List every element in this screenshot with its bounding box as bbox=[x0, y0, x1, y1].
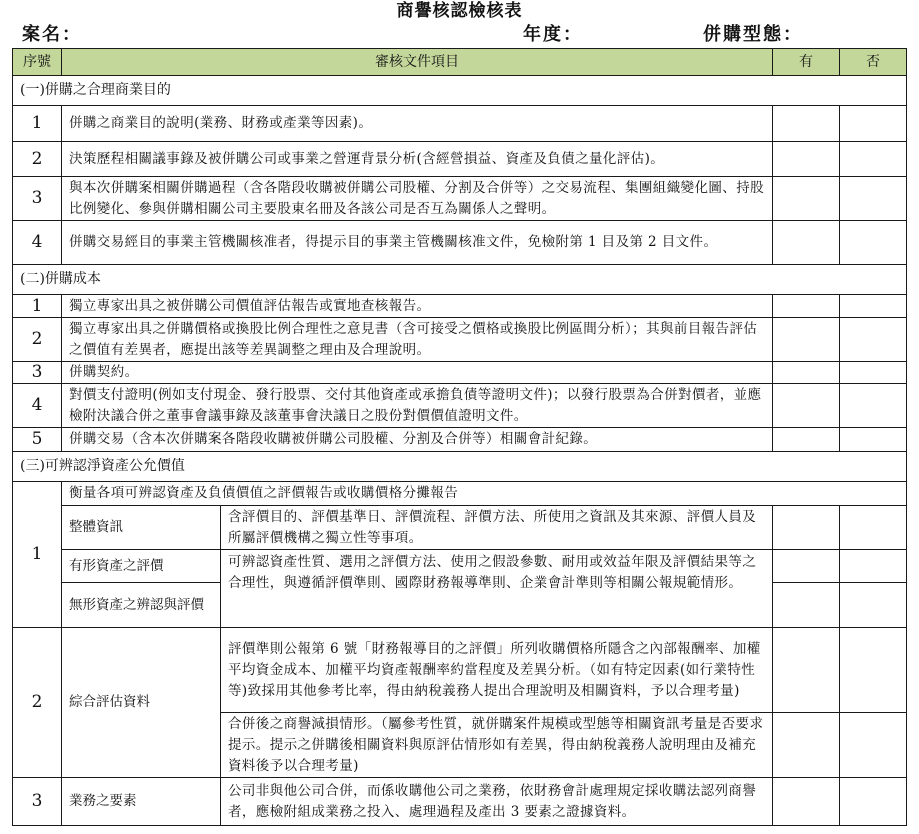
no-checkbox-cell[interactable] bbox=[840, 550, 907, 583]
case-name-label: 案名： bbox=[22, 23, 82, 47]
yes-checkbox-cell[interactable] bbox=[773, 428, 840, 452]
no-checkbox-cell[interactable] bbox=[840, 506, 907, 550]
row-number: 3 bbox=[13, 177, 62, 221]
table-row: 4 併購交易經目的事業主管機關核准者，得提示目的事業主管機關核准文件，免檢附第 … bbox=[13, 221, 907, 265]
sub-label-comprehensive: 綜合評估資料 bbox=[62, 628, 221, 778]
no-checkbox-cell[interactable] bbox=[840, 384, 907, 428]
no-checkbox-cell[interactable] bbox=[840, 583, 907, 628]
row-text: 評價準則公報第 6 號「財務報導目的之評價」所列收購價格所隱含之內部報酬率、加權… bbox=[221, 628, 773, 713]
sub-label-business-elements: 業務之要素 bbox=[62, 778, 221, 826]
yes-checkbox-cell[interactable] bbox=[773, 142, 840, 177]
yes-checkbox-cell[interactable] bbox=[773, 177, 840, 221]
checklist-table: 序號 審核文件項目 有 否 (一)併購之合理商業目的 1 併購之商業目的說明(業… bbox=[12, 48, 907, 826]
yes-checkbox-cell[interactable] bbox=[773, 221, 840, 265]
yes-checkbox-cell[interactable] bbox=[773, 550, 840, 583]
row-number: 3 bbox=[13, 778, 62, 826]
section-heading: (二)併購成本 bbox=[13, 265, 907, 295]
no-checkbox-cell[interactable] bbox=[840, 628, 907, 713]
yes-checkbox-cell[interactable] bbox=[773, 106, 840, 142]
row-text: 併購交易經目的事業主管機關核准者，得提示目的事業主管機關核准文件，免檢附第 1 … bbox=[62, 221, 773, 265]
no-checkbox-cell[interactable] bbox=[840, 428, 907, 452]
row-number: 3 bbox=[13, 362, 62, 384]
merger-type-label: 併購型態： bbox=[703, 23, 803, 47]
no-checkbox-cell[interactable] bbox=[840, 177, 907, 221]
table-row: 1 獨立專家出具之被併購公司價值評估報告或實地查核報告。 bbox=[13, 295, 907, 318]
no-checkbox-cell[interactable] bbox=[840, 221, 907, 265]
yes-checkbox-cell[interactable] bbox=[773, 713, 840, 778]
row-text: 併購契約。 bbox=[62, 362, 773, 384]
table-row: 有形資產之評價 可辨認資產性質、選用之評價方法、使用之假設參數、耐用或效益年限及… bbox=[13, 550, 907, 583]
row-number: 2 bbox=[13, 628, 62, 778]
header-seq: 序號 bbox=[13, 49, 62, 76]
item-intro: 衡量各項可辨認資產及負債價值之評價報告或收購價格分攤報告 bbox=[62, 482, 907, 506]
table-row: 5 併購交易（含本次併購案各階段收購被併購公司股權、分割及合併等）相關會計紀錄。 bbox=[13, 428, 907, 452]
row-text: 公司非與他公司合併，而係收購他公司之業務，依財務會計處理規定採收購法認列商譽者，… bbox=[221, 778, 773, 826]
section-heading-row: (三)可辨認淨資產公允價值 bbox=[13, 452, 907, 482]
sub-label-intangible: 無形資產之辨認與評價 bbox=[62, 583, 221, 628]
row-text: 併購之商業目的說明(業務、財務或產業等因素)。 bbox=[62, 106, 773, 142]
table-row: 1 衡量各項可辨認資產及負債價值之評價報告或收購價格分攤報告 bbox=[13, 482, 907, 506]
no-checkbox-cell[interactable] bbox=[840, 295, 907, 318]
yes-checkbox-cell[interactable] bbox=[773, 583, 840, 628]
row-text: 合併後之商譽減損情形。（屬參考性質，就併購案件規模或型態等相關資訊考量是否要求提… bbox=[221, 713, 773, 778]
section-heading: (一)併購之合理商業目的 bbox=[13, 76, 907, 106]
row-text: 與本次併購案相關併購過程（含各階段收購被併購公司股權、分割及合併等）之交易流程、… bbox=[62, 177, 773, 221]
sub-label-overall: 整體資訊 bbox=[62, 506, 221, 550]
row-text: 獨立專家出具之併購價格或換股比例合理性之意見書（含可接受之價格或換股比例區間分析… bbox=[62, 318, 773, 362]
section-heading-row: (一)併購之合理商業目的 bbox=[13, 76, 907, 106]
no-checkbox-cell[interactable] bbox=[840, 318, 907, 362]
row-number: 1 bbox=[13, 106, 62, 142]
row-number: 1 bbox=[13, 295, 62, 318]
section-heading-row: (二)併購成本 bbox=[13, 265, 907, 295]
table-row: 2 獨立專家出具之併購價格或換股比例合理性之意見書（含可接受之價格或換股比例區間… bbox=[13, 318, 907, 362]
row-number: 2 bbox=[13, 142, 62, 177]
no-checkbox-cell[interactable] bbox=[840, 778, 907, 826]
row-text: 決策歷程相關議事錄及被併購公司或事業之營運背景分析(含經營損益、資產及負債之量化… bbox=[62, 142, 773, 177]
table-row: 3 與本次併購案相關併購過程（含各階段收購被併購公司股權、分割及合併等）之交易流… bbox=[13, 177, 907, 221]
yes-checkbox-cell[interactable] bbox=[773, 506, 840, 550]
header-no: 否 bbox=[840, 49, 907, 76]
table-row: 4 對價支付證明(例如支付現金、發行股票、交付其他資產或承擔負債等證明文件)；以… bbox=[13, 384, 907, 428]
sub-label-tangible: 有形資產之評價 bbox=[62, 550, 221, 583]
no-checkbox-cell[interactable] bbox=[840, 362, 907, 384]
table-row: 3 業務之要素 公司非與他公司合併，而係收購他公司之業務，依財務會計處理規定採收… bbox=[13, 778, 907, 826]
section-heading: (三)可辨認淨資產公允價值 bbox=[13, 452, 907, 482]
table-row: 2 綜合評估資料 評價準則公報第 6 號「財務報導目的之評價」所列收購價格所隱含… bbox=[13, 628, 907, 713]
row-number: 5 bbox=[13, 428, 62, 452]
row-number: 4 bbox=[13, 221, 62, 265]
table-row: 1 併購之商業目的說明(業務、財務或產業等因素)。 bbox=[13, 106, 907, 142]
row-text: 獨立專家出具之被併購公司價值評估報告或實地查核報告。 bbox=[62, 295, 773, 318]
yes-checkbox-cell[interactable] bbox=[773, 295, 840, 318]
yes-checkbox-cell[interactable] bbox=[773, 362, 840, 384]
year-label: 年度： bbox=[523, 23, 583, 47]
yes-checkbox-cell[interactable] bbox=[773, 628, 840, 713]
row-number: 2 bbox=[13, 318, 62, 362]
table-row: 3 併購契約。 bbox=[13, 362, 907, 384]
header-item: 審核文件項目 bbox=[62, 49, 773, 76]
table-row: 2 決策歷程相關議事錄及被併購公司或事業之營運背景分析(含經營損益、資產及負債之… bbox=[13, 142, 907, 177]
no-checkbox-cell[interactable] bbox=[840, 713, 907, 778]
header-yes: 有 bbox=[773, 49, 840, 76]
row-number: 4 bbox=[13, 384, 62, 428]
table-row: 整體資訊 含評價目的、評價基準日、評價流程、評價方法、所使用之資訊及其來源、評價… bbox=[13, 506, 907, 550]
row-text: 對價支付證明(例如支付現金、發行股票、交付其他資產或承擔負債等證明文件)；以發行… bbox=[62, 384, 773, 428]
yes-checkbox-cell[interactable] bbox=[773, 778, 840, 826]
no-checkbox-cell[interactable] bbox=[840, 142, 907, 177]
no-checkbox-cell[interactable] bbox=[840, 106, 907, 142]
yes-checkbox-cell[interactable] bbox=[773, 384, 840, 428]
row-number: 1 bbox=[13, 482, 62, 628]
page-title: 商譽核認檢核表 bbox=[0, 0, 919, 22]
row-text: 含評價目的、評價基準日、評價流程、評價方法、所使用之資訊及其來源、評價人員及所屬… bbox=[221, 506, 773, 550]
row-text: 可辨認資產性質、選用之評價方法、使用之假設參數、耐用或效益年限及評價結果等之合理… bbox=[221, 550, 773, 628]
yes-checkbox-cell[interactable] bbox=[773, 318, 840, 362]
row-text: 併購交易（含本次併購案各階段收購被併購公司股權、分割及合併等）相關會計紀錄。 bbox=[62, 428, 773, 452]
table-header-row: 序號 審核文件項目 有 否 bbox=[13, 49, 907, 76]
